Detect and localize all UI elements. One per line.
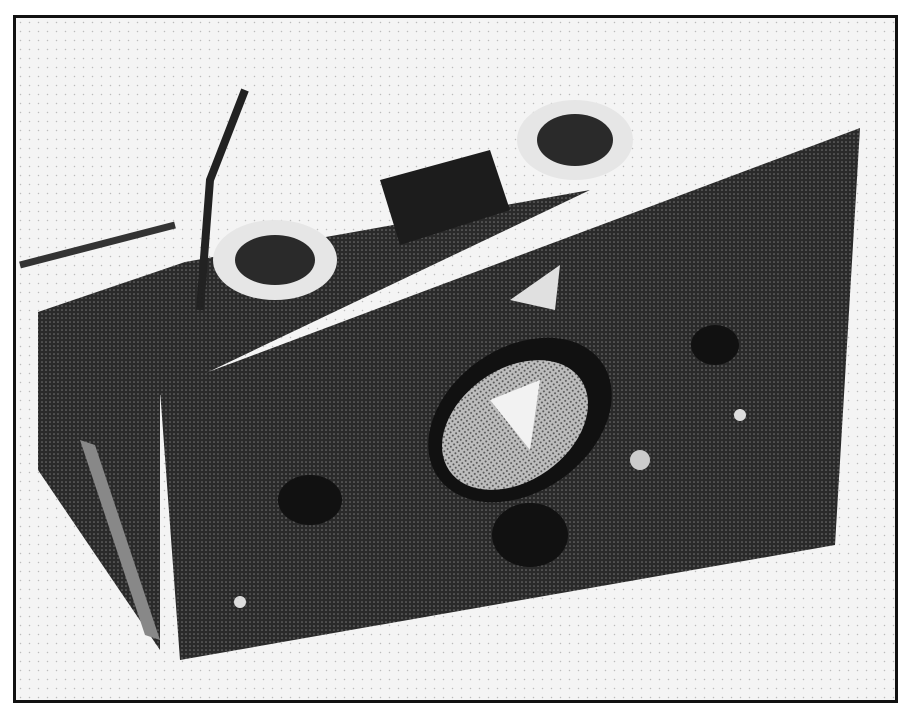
plug-in-coil-right bbox=[517, 100, 633, 180]
left-knob bbox=[278, 475, 342, 525]
tuning-knob bbox=[492, 503, 568, 567]
right-knob bbox=[691, 325, 739, 365]
antenna-wire bbox=[20, 225, 175, 265]
plug-in-coil-left bbox=[213, 220, 337, 300]
radio-chassis-photo bbox=[0, 0, 911, 718]
